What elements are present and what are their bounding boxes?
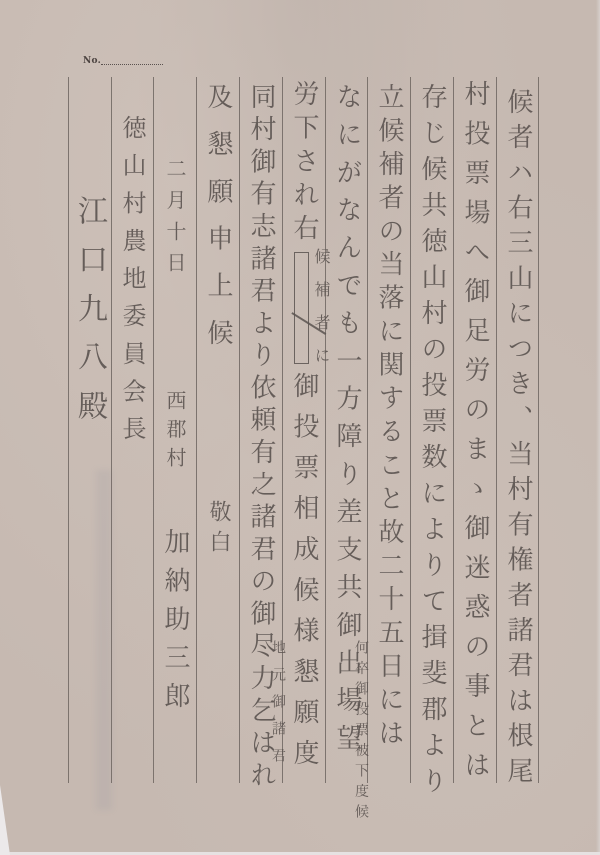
letter-page: No. 候者ハ右三山につき、当村有権者諸君は根尾 村投票場へ御足労のまゝ御迷惑の… <box>0 0 600 855</box>
struck-out-character <box>294 252 309 364</box>
sender-village: 西郡村 <box>154 390 196 467</box>
body-column-6-part-1: 労下され右 <box>283 80 325 240</box>
body-column-8: 及懇願申上候 <box>197 83 239 345</box>
insertion-note-column-5: 何卒御投票被下度候 <box>350 640 372 818</box>
recipient-name: 江口九八殿 <box>68 195 110 420</box>
closing-phrase: 敬白 <box>197 500 239 552</box>
body-column-4: 立候補者の当落に関すること故二十五日には <box>368 83 410 745</box>
body-column-6-part-2: 御投票相成候様懇願度 <box>283 372 325 765</box>
recipient-organization: 徳山村農地委員会長 <box>111 115 153 440</box>
number-label: No. <box>83 56 101 66</box>
body-column-3: 存じ候共徳山村の投票数によりて揖斐郡より <box>411 83 453 793</box>
paper-corner-cut <box>0 785 10 855</box>
body-column-2: 村投票場へ御足労のまゝ御迷惑の事とは <box>454 80 496 777</box>
letter-date: 二月十日 <box>154 158 196 272</box>
rule-line <box>68 77 69 783</box>
number-field-line <box>101 64 163 65</box>
paper-stain <box>96 470 112 810</box>
insertion-note-column-6: 候補者に <box>308 248 334 363</box>
sender-name: 加納助三郎 <box>154 528 196 708</box>
insertion-note-column-7: 地元御諸君 <box>267 640 289 762</box>
body-column-1: 候者ハ右三山につき、当村有権者諸君は根尾 <box>497 88 539 783</box>
paper-edge-right <box>596 0 600 855</box>
